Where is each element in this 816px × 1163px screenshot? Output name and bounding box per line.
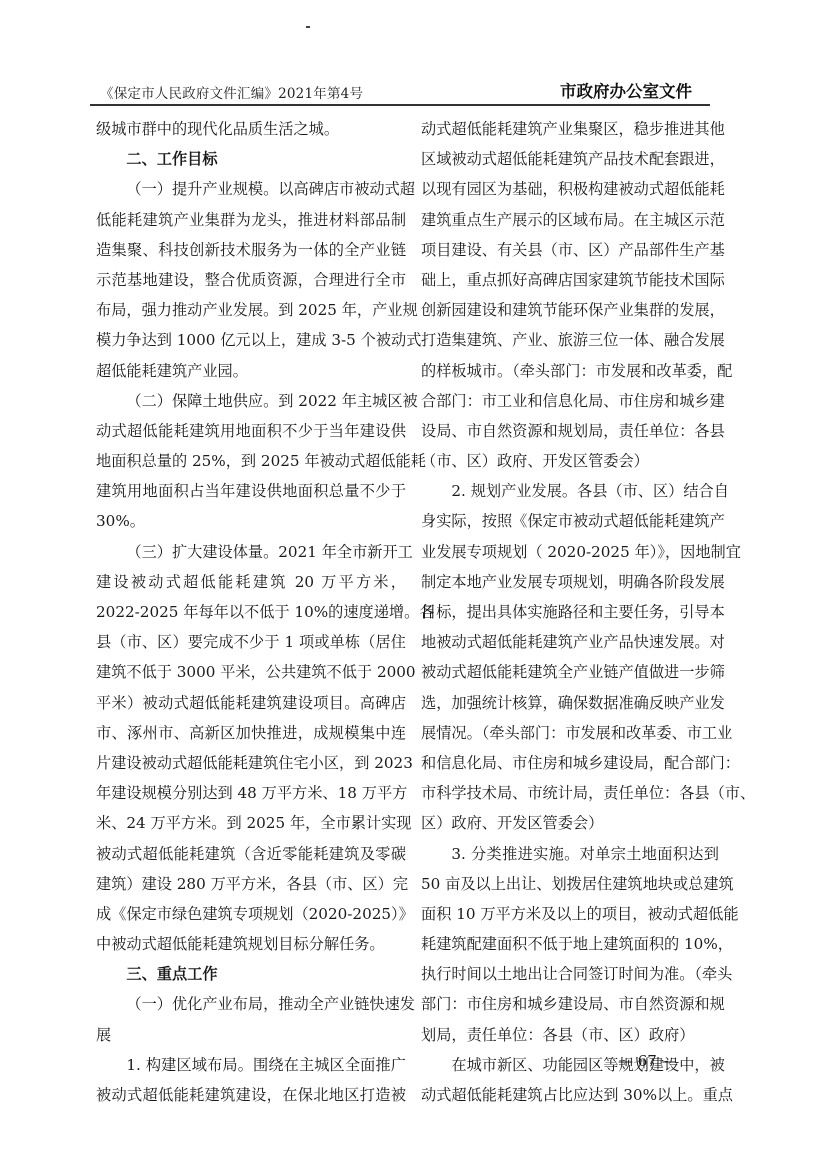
text-line: 执行时间以土地出让合同签订时间为准。（牵头 xyxy=(421,959,719,989)
text-line: 以现有园区为基础，积极构建被动式超低能耗 xyxy=(421,174,719,204)
text-line: 被动式超低能耗建筑全产业链产值做进一步筛 xyxy=(421,657,719,687)
text-line: 成《保定市绿色建筑专项规划（2020-2025）》 xyxy=(96,899,406,929)
text-line: （一）提升产业规模。以高碑店市被动式超 xyxy=(96,174,406,204)
text-line: （一）优化产业布局，推动全产业链快速发 xyxy=(96,989,406,1019)
text-line: 市、涿州市、高新区加快推进，成规模集中连 xyxy=(96,718,406,748)
text-line: （三）扩大建设体量。2021 年全市新开工 xyxy=(96,537,406,567)
section-heading: 二、工作目标 xyxy=(96,144,406,174)
text-line: 部门：市住房和城乡建设局、市自然资源和规 xyxy=(421,989,719,1019)
document-page: 《保定市人民政府文件汇编》2021年第4号 市政府办公室文件 级城市群中的现代化… xyxy=(0,0,816,1163)
text-line: 片建设被动式超低能耗建筑住宅小区，到 2023 xyxy=(96,748,406,778)
text-line: 和信息化局、市住房和城乡建设局，配合部门： xyxy=(421,748,719,778)
page-number: — 67 — xyxy=(618,1052,677,1070)
text-line: 面积 10 万平方米及以上的项目，被动式超低能 xyxy=(421,899,719,929)
text-line: 布局，强力推动产业发展。到 2025 年，产业规 xyxy=(96,295,406,325)
left-column: 级城市群中的现代化品质生活之城。二、工作目标（一）提升产业规模。以高碑店市被动式… xyxy=(96,114,406,1110)
scan-artifact xyxy=(306,26,310,28)
text-line: 础上，重点抓好高碑店国家建筑节能技术国际 xyxy=(421,265,719,295)
text-line: （市、区）政府、开发区管委会） xyxy=(421,446,719,476)
text-line: 2022-2025 年每年以不低于 10%的速度递增。各 xyxy=(96,597,406,627)
text-line: 30%。 xyxy=(96,506,406,536)
text-line: 米、24 万平方米。到 2025 年，全市累计实现 xyxy=(96,808,406,838)
text-line: 展 xyxy=(96,1020,406,1050)
text-line: 模力争达到 1000 亿元以上，建成 3-5 个被动式 xyxy=(96,325,406,355)
text-line: 制定本地产业发展专项规划，明确各阶段发展 xyxy=(421,567,719,597)
publication-title: 《保定市人民政府文件汇编》2021年第4号 xyxy=(100,82,363,102)
text-line: 造集聚、科技创新技术服务为一体的全产业链 xyxy=(96,235,406,265)
text-line: 建筑不低于 3000 平米，公共建筑不低于 2000 xyxy=(96,657,406,687)
text-line: 目标，提出具体实施路径和主要任务，引导本 xyxy=(421,597,719,627)
text-line: 选，加强统计核算，确保数据准确反映产业发 xyxy=(421,688,719,718)
text-line: 展情况。（牵头部门：市发展和改革委、市工业 xyxy=(421,718,719,748)
text-line: 建筑）建设 280 万平方米，各县（市、区）完 xyxy=(96,869,406,899)
text-line: 1. 构建区域布局。围绕在主城区全面推广 xyxy=(96,1050,406,1080)
text-line: 划局，责任单位：各县（市、区）政府） xyxy=(421,1020,719,1050)
text-line: 超低能耗建筑产业园。 xyxy=(96,356,406,386)
text-line: 市科学技术局、市统计局，责任单位：各县（市、 xyxy=(421,778,719,808)
text-line: 级城市群中的现代化品质生活之城。 xyxy=(96,114,406,144)
right-column: 动式超低能耗建筑产业集聚区，稳步推进其他区域被动式超低能耗建筑产品技术配套跟进，… xyxy=(421,114,719,1110)
text-line: 合部门：市工业和信息化局、市住房和城乡建 xyxy=(421,386,719,416)
text-line: 3. 分类推进实施。对单宗土地面积达到 xyxy=(421,839,719,869)
text-line: 县（市、区）要完成不少于 1 项或单栋（居住 xyxy=(96,627,406,657)
section-title: 市政府办公室文件 xyxy=(560,78,692,102)
text-line: 地被动式超低能耗建筑产业产品快速发展。对 xyxy=(421,627,719,657)
text-line: 50 亩及以上出让、划拨居住建筑地块或总建筑 xyxy=(421,869,719,899)
text-line: 动式超低能耗建筑用地面积不少于当年建设供 xyxy=(96,416,406,446)
text-line: 打造集建筑、产业、旅游三位一体、融合发展 xyxy=(421,325,719,355)
text-line: 业发展专项规划（ 2020-2025 年）》，因地制宜 xyxy=(421,537,719,567)
text-line: 被动式超低能耗建筑建设，在保北地区打造被 xyxy=(96,1080,406,1110)
text-line: 低能耗建筑产业集群为龙头，推进材料部品制 xyxy=(96,205,406,235)
text-line: 平米）被动式超低能耗建筑建设项目。高碑店 xyxy=(96,688,406,718)
text-line: 的样板城市。（牵头部门：市发展和改革委，配 xyxy=(421,356,719,386)
text-line: 2. 规划产业发展。各县（市、区）结合自 xyxy=(421,476,719,506)
text-line: 被动式超低能耗建筑（含近零能耗建筑及零碳 xyxy=(96,839,406,869)
page-header: 《保定市人民政府文件汇编》2021年第4号 市政府办公室文件 xyxy=(90,78,706,106)
text-line: 建筑重点生产展示的区域布局。在主城区示范 xyxy=(421,205,719,235)
text-line: 身实际，按照《保定市被动式超低能耗建筑产 xyxy=(421,506,719,536)
text-line: 动式超低能耗建筑产业集聚区，稳步推进其他 xyxy=(421,114,719,144)
text-line: 区）政府、开发区管委会） xyxy=(421,808,719,838)
text-line: （二）保障土地供应。到 2022 年主城区被 xyxy=(96,386,406,416)
text-line: 示范基地建设，整合优质资源，合理进行全市 xyxy=(96,265,406,295)
section-heading: 三、重点工作 xyxy=(96,959,406,989)
text-line: 耗建筑配建面积不低于地上建筑面积的 10%， xyxy=(421,929,719,959)
text-line: 建设被动式超低能耗建筑 20 万平方米， xyxy=(96,567,406,597)
text-line: 设局、市自然资源和规划局，责任单位：各县 xyxy=(421,416,719,446)
text-line: 中被动式超低能耗建筑规划目标分解任务。 xyxy=(96,929,406,959)
text-line: 区域被动式超低能耗建筑产品技术配套跟进， xyxy=(421,144,719,174)
text-line: 项目建设、有关县（市、区）产品部件生产基 xyxy=(421,235,719,265)
text-line: 创新园建设和建筑节能环保产业集群的发展， xyxy=(421,295,719,325)
text-line: 年建设规模分别达到 48 万平方米、18 万平方 xyxy=(96,778,406,808)
text-line: 地面积总量的 25%，到 2025 年被动式超低能耗 xyxy=(96,446,406,476)
text-line: 动式超低能耗建筑占比应达到 30%以上。重点 xyxy=(421,1080,719,1110)
text-line: 建筑用地面积占当年建设供地面积总量不少于 xyxy=(96,476,406,506)
header-rule xyxy=(90,104,710,106)
